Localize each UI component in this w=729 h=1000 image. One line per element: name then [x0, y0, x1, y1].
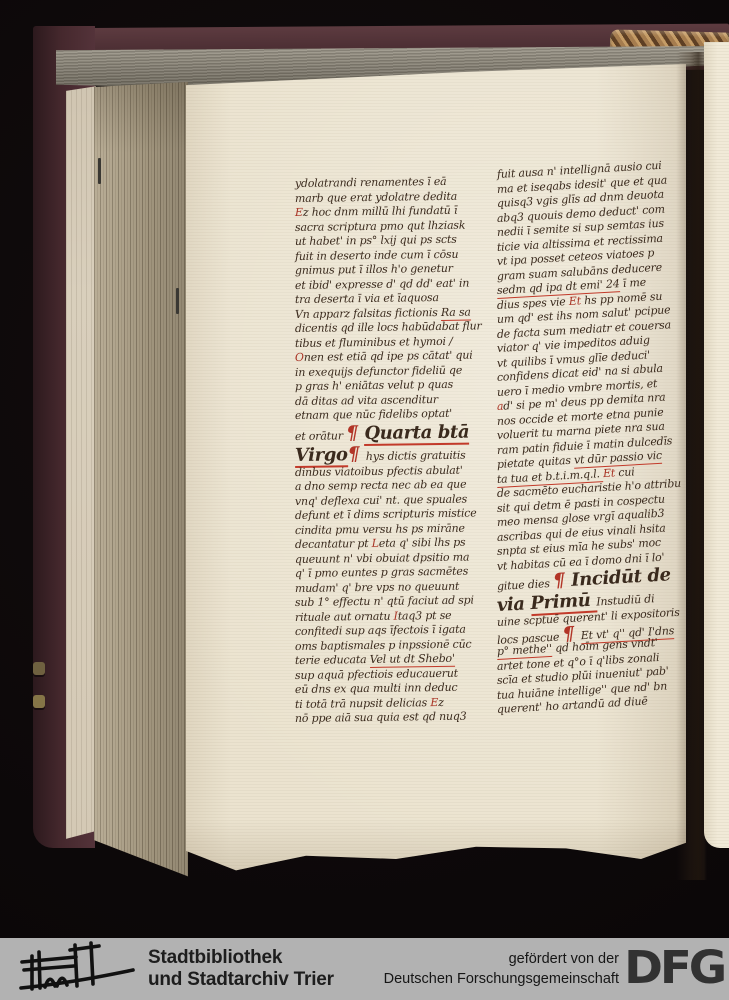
manuscript-text-segment: tibus et fluminibus et hymoi /	[295, 334, 453, 349]
manuscript-text-segment: Instudiū di	[596, 592, 655, 608]
manuscript-text-segment: nen est etiā qd ipe ps cātat' qui	[304, 349, 473, 364]
text-column-right: fuit ausa n' intellignā ausio cuima et i…	[497, 168, 709, 718]
edge-mark	[176, 288, 179, 314]
manuscript-text-segment: ut habet' in ps° lxij qui ps scts	[295, 233, 457, 248]
manuscript-text-segment: E	[295, 206, 303, 219]
manuscript-text-segment: O	[295, 351, 304, 364]
manuscript-text-segment: via	[496, 593, 531, 616]
manuscript-text-segment: queuunt n' vbi obuiat dpsitio ma	[295, 550, 469, 565]
manuscript-text-segment: a dno semp recta nec ab ea que	[295, 478, 467, 493]
manuscript-text-segment: gnimus put ī illos h'o genetur	[295, 262, 453, 277]
book-photo: ydolatrandi renamentes ī eāmarb que erat…	[0, 0, 729, 938]
manuscript-text-segment: confitedi sup aqs īfectois ī igata	[295, 623, 466, 638]
manuscript-text-segment: tra deserta ī via et īaquosa	[295, 291, 439, 306]
manuscript-text-segment: oms baptismales p inpssionē cūc	[295, 637, 472, 652]
rubric-pilcrow: ¶	[552, 569, 572, 592]
edge-mark	[98, 158, 101, 184]
manuscript-text-segment: dinbus viatoibus pfectis abulat'	[295, 463, 463, 478]
funding-line2: Deutschen Forschungsgemeinschaft	[384, 969, 619, 989]
manuscript-text-segment: etnam que nūc fidelibs optat'	[295, 407, 452, 422]
manuscript-line: nō ppe aiā sua quia est qd nuq3	[295, 709, 495, 726]
manuscript-text-segment: z hoc dnm millū lhi fundatū ī	[303, 204, 458, 219]
manuscript-text-segment: in exequijs defunctor fideliū qe	[295, 363, 462, 378]
manuscript-text-segment: defunt et ī dims scripturis mistice	[295, 506, 477, 522]
funding-line1: gefördert von der	[384, 949, 619, 969]
manuscript-text-segment: vnq' deflexa cui' nt. que spuales	[295, 492, 467, 507]
funding-credit: gefördert von der Deutschen Forschungsge…	[384, 949, 619, 989]
manuscript-text-segment: taq3 pt se	[398, 608, 452, 622]
rubric-pilcrow: ¶	[346, 422, 365, 444]
manuscript-text-segment: cindita pmu versu hs ps mirāne	[295, 521, 465, 536]
stadtbibliothek-trier-logo-icon	[18, 941, 136, 997]
manuscript-text-segment: Vn apparz falsitas fictionis	[295, 305, 441, 320]
clasp-remnant	[33, 662, 45, 675]
manuscript-text-segment: q' ī pmo euntes p gras sacmētes	[295, 565, 468, 580]
manuscript-text-segment: mudam' q' bre vps no queuunt	[295, 579, 459, 594]
manuscript-text-segment: dicentis qd ille locs habūdabat flur	[295, 319, 482, 335]
digitized-manuscript-viewer: ydolatrandi renamentes ī eāmarb que erat…	[0, 0, 729, 1000]
manuscript-text-segment: z	[438, 695, 444, 708]
manuscript-text-segment: et orātur	[295, 429, 346, 443]
manuscript-text-segment: marb que erat ydolatre dedita	[295, 189, 457, 204]
manuscript-text-segment: hys dictis gratuitis	[366, 448, 466, 462]
manuscript-text-segment: nō ppe aiā sua quia est qd nuq3	[295, 710, 467, 725]
dfg-logo: DFG	[624, 942, 724, 994]
manuscript-text-segment: Ra sa	[441, 305, 471, 320]
manuscript-line: et orātur ¶ Quarta btā	[295, 421, 495, 445]
manuscript-text-segment: p gras h' eniātas velut p quas	[295, 378, 453, 393]
manuscript-text-segment: rituale aut ornatu	[295, 609, 394, 623]
manuscript-text-segment: Vel ut dt Shebo'	[370, 652, 455, 668]
library-name-line1: Stadtbibliothek	[148, 947, 334, 969]
manuscript-text-segment: Et	[568, 294, 581, 308]
manuscript-text-segment: decantatur pt	[295, 537, 372, 551]
manuscript-text-segment: ti totā trā nupsit delicias	[295, 696, 431, 711]
rubric-pilcrow: ¶	[347, 443, 366, 465]
manuscript-text-segment: sup aquā pfectiois educauerut	[295, 666, 458, 681]
manuscript-text-segment: sacra scriptura pmo qut lhziask	[295, 218, 466, 233]
manuscript-text-segment: Virgo	[295, 444, 348, 468]
manuscript-text-segment: ī me	[619, 276, 646, 290]
flyleaf-edge	[66, 58, 96, 842]
footer-banner: Stadtbibliothek und Stadtarchiv Trier ge…	[0, 938, 729, 1000]
manuscript-text-segment: gitue dies	[497, 577, 554, 593]
library-name: Stadtbibliothek und Stadtarchiv Trier	[148, 947, 334, 990]
manuscript-text-segment: eū dns ex qua multi inn deduc	[295, 681, 458, 696]
manuscript-text-segment: eta q' sibi lhs ps	[379, 536, 466, 550]
manuscript-text-segment: dā ditas ad vita ascenditur	[295, 393, 438, 408]
library-name-line2: und Stadtarchiv Trier	[148, 969, 334, 991]
manuscript-line: Virgo¶ hys dictis gratuitis	[295, 442, 495, 466]
manuscript-text-segment: cui	[615, 465, 635, 479]
text-column-left: ydolatrandi renamentes ī eāmarb que erat…	[295, 177, 495, 727]
page-fore-edge	[94, 54, 188, 878]
manuscript-text-segment: fuit in deserto inde cum ī cōsu	[295, 247, 459, 262]
manuscript-text-segment: terie educata	[295, 653, 370, 667]
clasp-remnant	[33, 695, 45, 708]
manuscript-text-segment: sub 1° effectu n' qtū faciut ad spi	[295, 594, 474, 609]
manuscript-text-segment: et ibid' expresse d' qd dd' eat' in	[295, 276, 469, 291]
manuscript-text-segment: ydolatrandi renamentes ī eā	[295, 175, 447, 190]
